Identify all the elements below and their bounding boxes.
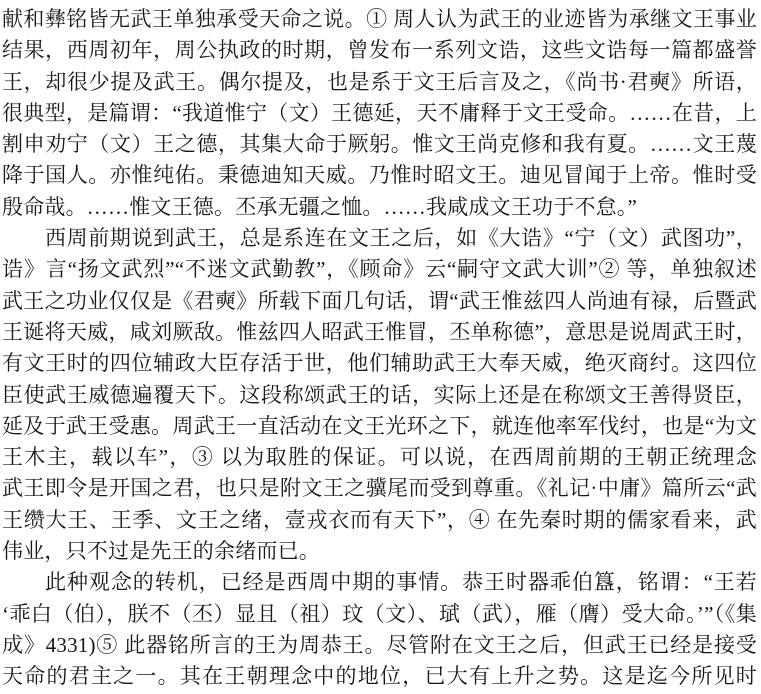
text-line: 割申劝宁（文）王之德，其集大命于厥躬。惟文王尚克修和我有夏。……文王蔑德。 bbox=[2, 129, 757, 160]
text-line: 成》4331)⑤ 此器铭所言的王为周恭王。尽管附在文王之后，但武王已经是接受 bbox=[2, 630, 757, 661]
scanned-book-page: { "page": { "background_color": "#ffffff… bbox=[0, 0, 761, 694]
text-line: 很典型，是篇谓：“我道惟宁（文）王德延，天不庸释于文王受命。……在昔，上帝 bbox=[2, 98, 757, 129]
text-line: 诰》言“扬文武烈”“不迷文武勤教”，《顾命》云“嗣守文武大训”② 等，单独叙述 bbox=[2, 254, 757, 285]
text-line: 降于国人。亦惟纯佑。秉德迪知天威。乃惟时昭文王。迪见冒闻于上帝。惟时受有 bbox=[2, 160, 757, 191]
text-line: 殷命哉。……惟文王德。丕承无疆之恤。……我咸成文王功于不怠。” bbox=[2, 192, 757, 223]
text-line: 天命的君主之一。其在王朝理念中的地位，已大有上升之势。这是迄今所见时 bbox=[2, 661, 757, 692]
text-line: 武王之功业仅仅是《君奭》所载下面几句话，谓“武王惟兹四人尚迪有禄，后暨武 bbox=[2, 286, 757, 317]
text-line: 伟业，只不过是先王的余绪而已。 bbox=[2, 536, 757, 567]
text-line: 臣使武王威德遍覆天下。这段称颂武王的话，实际上还是在称颂文王善得贤臣，并 bbox=[2, 380, 757, 411]
text-line: 此种观念的转机，已经是西周中期的事情。恭王时器乖伯簋，铭谓：“王若曰： bbox=[2, 567, 757, 598]
text-line: 延及于武王受惠。周武王一直活动在文王光环之下，就连他率军伐纣，也是“为文 bbox=[2, 411, 757, 442]
text-line: 武王即令是开国之君，也只是附文王之骥尾而受到尊重。《礼记·中庸》篇所云“武 bbox=[2, 473, 757, 504]
text-line: 王木主，载以车”，③ 以为取胜的保证。可以说，在西周前期的王朝正统理念中，周 bbox=[2, 442, 757, 473]
text-line: 王缵大王、王季、文王之绪，壹戎衣而有天下”，④ 在先秦时期的儒家看来，武王的 bbox=[2, 505, 757, 536]
text-line: 献和彝铭皆无武王单独承受天命之说。① 周人认为武王的业迹皆为承继文王事业的 bbox=[2, 4, 757, 35]
text-block: 献和彝铭皆无武王单独承受天命之说。① 周人认为武王的业迹皆为承继文王事业的结果，… bbox=[2, 4, 757, 693]
text-line: 王，却很少提及武王。偶尔提及，也是系于文王后言及之，《尚书·君奭》所语，就 bbox=[2, 67, 757, 98]
book-page: 献和彝铭皆无武王单独承受天命之说。① 周人认为武王的业迹皆为承继文王事业的结果，… bbox=[0, 0, 761, 694]
text-line: 有文王时的四位辅政大臣存活于世，他们辅助武王大奉天威，绝灭商纣。这四位大 bbox=[2, 348, 757, 379]
text-line: 结果，西周初年，周公执政的时期，曾发布一系列文诰，这些文诰每一篇都盛誉文 bbox=[2, 35, 757, 66]
text-line: 西周前期说到武王，总是系连在文王之后，如《大诰》“宁（文）武图功”，《洛 bbox=[2, 223, 757, 254]
text-line: 王诞将天威，咸刘厥敌。惟兹四人昭武王惟冒，丕单称德”，意思是说周武王时，还 bbox=[2, 317, 757, 348]
text-line: ‘乖白（伯），朕不（丕）显且（祖）玟（文）、珷（武），雁（膺）受大命。’”（《集 bbox=[2, 599, 757, 630]
